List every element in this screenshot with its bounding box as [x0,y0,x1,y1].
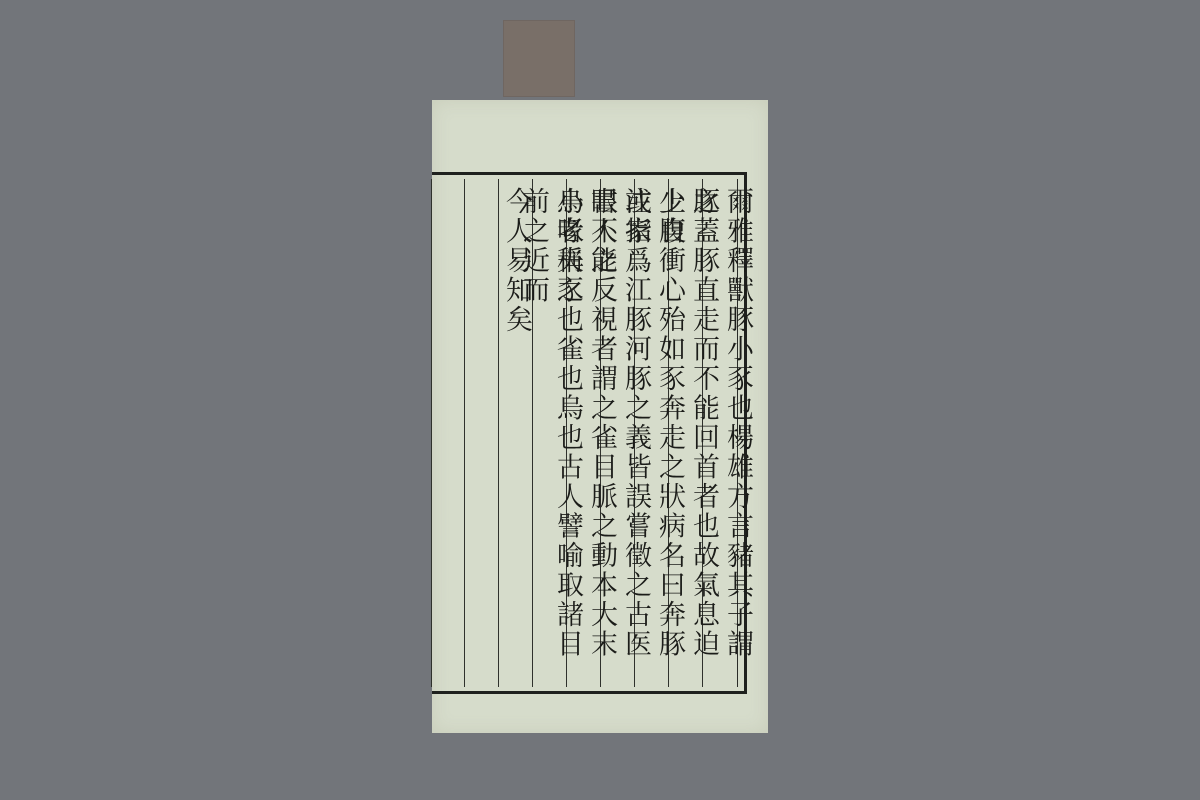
printed-frame: 爾雅釋獸豚小豕也楊雄方言豬其子謂之 豚蓋豚直走而不能回首者也故氣息迫上自 少腹衝… [432,172,747,694]
text-column-8-blank [464,179,499,687]
column-text: 今人易知矣 [499,187,533,335]
seal-stamp [503,20,575,97]
document-page: 爾雅釋獸豚小豕也楊雄方言豬其子謂之 豚蓋豚直走而不能回首者也故氣息迫上自 少腹衝… [432,100,768,733]
text-column-6: 烏喙夫豕也雀也烏也古人譬喻取諸目前之近而 [532,179,567,687]
text-column-7: 今人易知矣 [498,179,533,687]
text-column-9-blank [431,179,465,687]
